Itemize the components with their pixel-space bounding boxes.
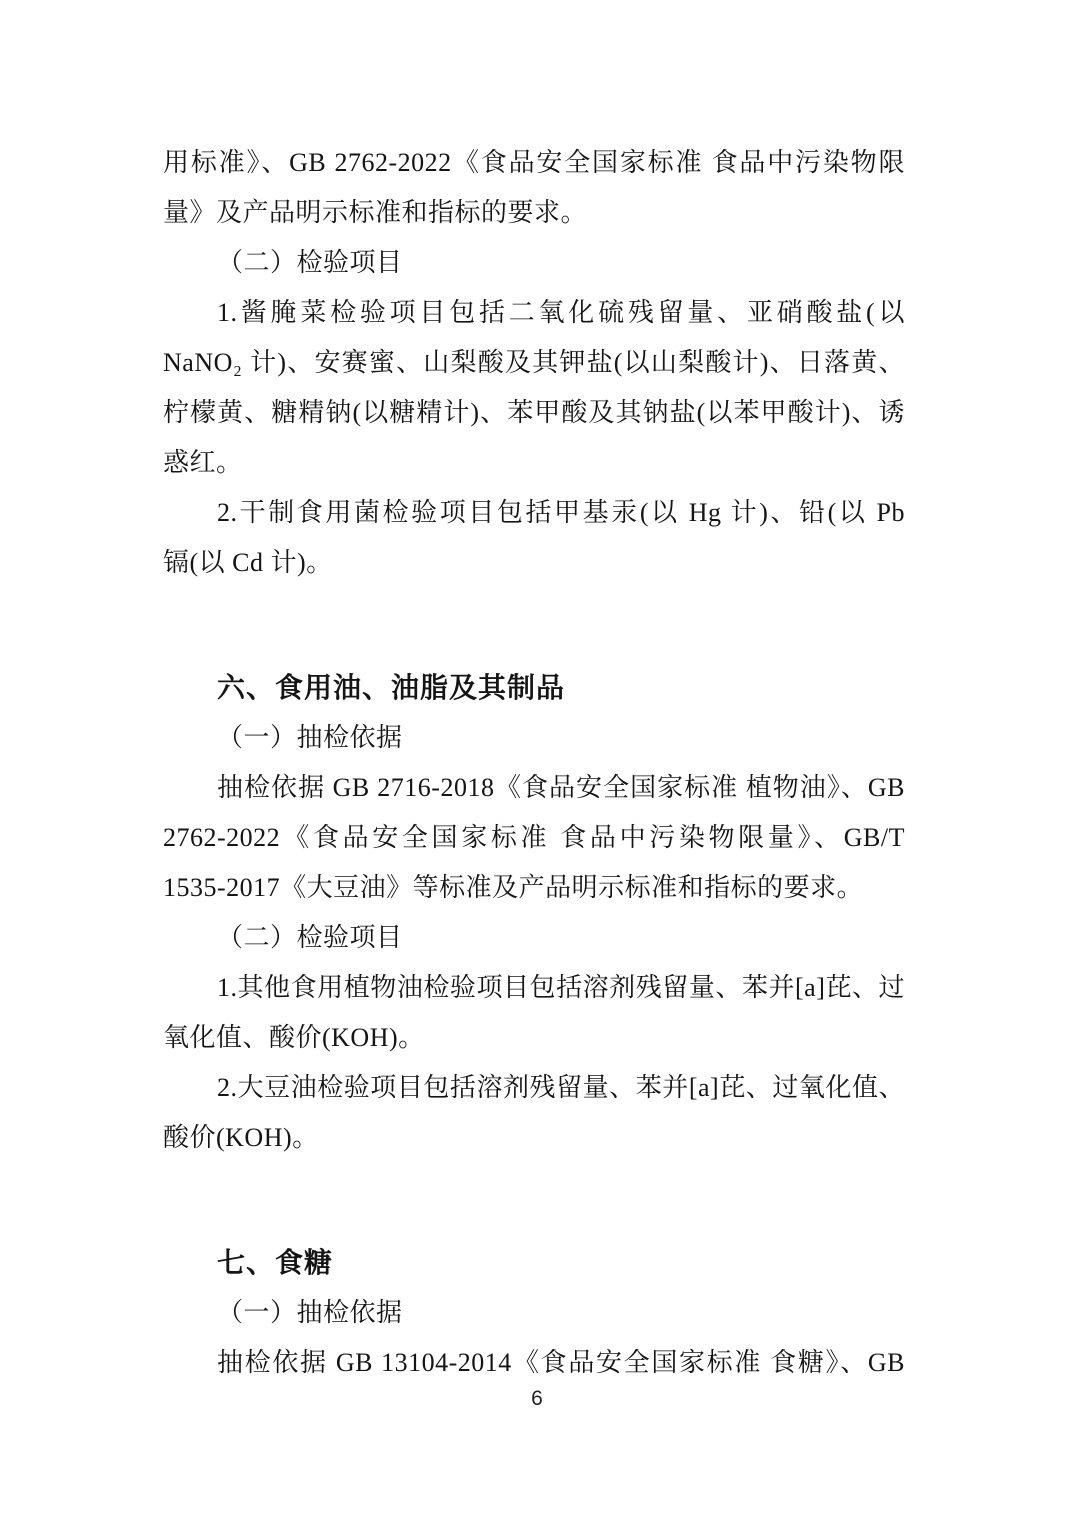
paragraph-sampling-basis-final-line: 1535-2017《大豆油》等标准及产品明示标准和指标的要求。 [163,863,905,913]
section-7-heading: 七、食糖 [163,1238,905,1288]
item-1-pickles-line: 1.酱腌菜检验项目包括二氧化硫残留量、亚硝酸盐(以 [163,288,905,338]
item-1-vegetable-oil-line: 1.其他食用植物油检验项目包括溶剂残留量、苯并[a]芘、过 [163,963,905,1013]
paragraph-sampling-basis-line: 抽检依据 GB 2716-2018《食品安全国家标准 植物油》、GB [163,763,905,813]
subsection-heading-sampling-basis: （一）抽检依据 [163,1288,905,1338]
item-2-soybean-oil-line: 2.大豆油检验项目包括溶剂残留量、苯并[a]芘、过氧化值、 [163,1063,905,1113]
paragraph-sampling-basis-line: 2762-2022《食品安全国家标准 食品中污染物限量》、GB/T [163,813,905,863]
item-1-pickles-line: 柠檬黄、糖精钠(以糖精计)、苯甲酸及其钠盐(以苯甲酸计)、诱 [163,388,905,438]
item-1-pickles-line: NaNO₂ 计)、安赛蜜、山梨酸及其钾盐(以山梨酸计)、日落黄、 [163,338,905,388]
subsection-heading-sampling-basis: （一）抽检依据 [163,713,905,763]
subsection-heading-inspection-items: （二）检验项目 [163,913,905,963]
document-page: 用标准》、GB 2762-2022《食品安全国家标准 食品中污染物限 量》及产品… [0,0,1074,1520]
item-2-dried-fungi-final-line: 镉(以 Cd 计)。 [163,538,905,588]
section-6-heading: 六、食用油、油脂及其制品 [163,663,905,713]
page-number: 6 [0,1384,1074,1414]
paragraph-basis-final-line: 量》及产品明示标准和指标的要求。 [163,188,905,238]
paragraph-sampling-basis-line: 抽检依据 GB 13104-2014《食品安全国家标准 食糖》、GB [163,1338,905,1388]
item-1-pickles-final-line: 惑红。 [163,438,905,488]
item-2-soybean-oil-final-line: 酸价(KOH)。 [163,1113,905,1163]
document-body: 用标准》、GB 2762-2022《食品安全国家标准 食品中污染物限 量》及产品… [163,138,905,1388]
item-2-dried-fungi-line: 2.干制食用菌检验项目包括甲基汞(以 Hg 计)、铅(以 Pb 计)、 [163,488,905,538]
paragraph-basis-continued-line: 用标准》、GB 2762-2022《食品安全国家标准 食品中污染物限 [163,138,905,188]
item-1-vegetable-oil-final-line: 氧化值、酸价(KOH)。 [163,1013,905,1063]
subsection-heading-inspection-items: （二）检验项目 [163,238,905,288]
